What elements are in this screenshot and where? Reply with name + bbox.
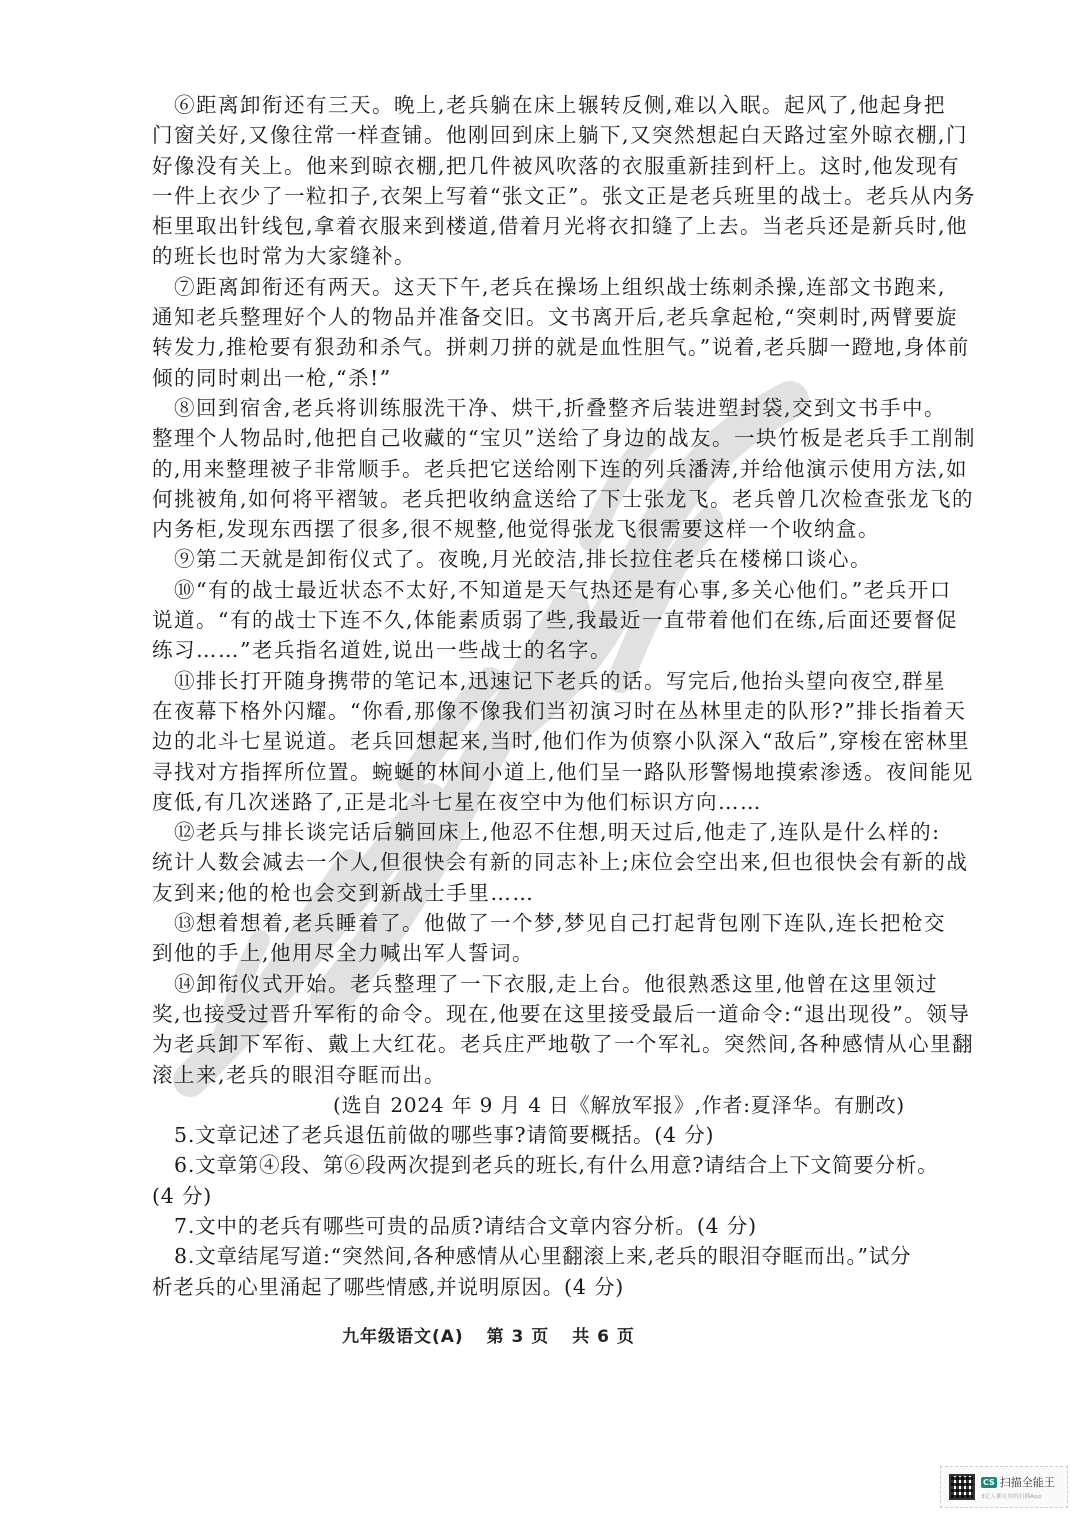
text-line: 柜里取出针线包,拿着衣服来到楼道,借着月光将衣扣缝了上去。当老兵还是新兵时,他: [152, 211, 909, 241]
paragraph-7: ⑦距离卸衔还有两天。这天下午,老兵在操场上组织战士练刺杀操,连部文书跑来, 通知…: [174, 272, 909, 393]
article-body: ⑥距离卸衔还有三天。晚上,老兵躺在床上辗转反侧,难以入眠。起风了,他起身把 门窗…: [174, 90, 909, 1302]
text-line: 一件上衣少了一粒扣子,衣架上写着“张文正”。张文正是老兵班里的战士。老兵从内务: [152, 181, 909, 211]
text-line: 友到来;他的枪也会交到新战士手里……: [152, 878, 909, 908]
question-line: (4 分): [152, 1181, 909, 1211]
text-line: 何挑被角,如何将平褶皱。老兵把收纳盒送给了下士张龙飞。老兵曾几次检查张龙飞的: [152, 484, 909, 514]
paragraph-8: ⑧回到宿舍,老兵将训练服洗干净、烘干,折叠整齐后装进塑封袋,交到文书手中。 整理…: [174, 393, 909, 544]
text-line: 倾的同时刺出一枪,“杀!”: [152, 363, 909, 393]
footer-total-pages: 共 6 页: [572, 1327, 635, 1347]
qr-code-icon: [949, 1474, 975, 1500]
text-line: 寻找对方指挥所位置。蜿蜒的林间小道上,他们呈一路队形警惕地摸索渗透。夜间能见: [152, 757, 909, 787]
question-8: 8.文章结尾写道:“突然间,各种感情从心里翻滚上来,老兵的眼泪夺眶而出。”试分 …: [174, 1241, 909, 1302]
text-line: 统计人数会减去一个人,但很快会有新的同志补上;床位会空出来,但也很快会有新的战: [152, 847, 909, 877]
text-line: 说道。“有的战士下连不久,体能素质弱了些,我最近一直带着他们在练,后面还要督促: [152, 605, 909, 635]
text-line: 在夜幕下格外闪耀。“你看,那像不像我们当初演习时在丛林里走的队形?”排长指着天: [152, 696, 909, 726]
question-line: 5.文章记述了老兵退伍前做的哪些事?请简要概括。(4 分): [174, 1120, 909, 1150]
text-line: ⑫老兵与排长谈完话后躺回床上,他忍不住想,明天过后,他走了,连队是什么样的:: [174, 817, 909, 847]
camscanner-badge: CS 扫描全能王 3亿人都在用的扫描App: [940, 1466, 1068, 1508]
paragraph-13: ⑬想着想着,老兵睡着了。他做了一个梦,梦见自己打起背包刚下连队,连长把枪交 到他…: [174, 908, 909, 969]
paragraph-9: ⑨第二天就是卸衔仪式了。夜晚,月光皎洁,排长拉住老兵在楼梯口谈心。: [174, 544, 909, 574]
question-line: 6.文章第④段、第⑥段两次提到老兵的班长,有什么用意?请结合上下文简要分析。: [174, 1150, 909, 1180]
text-line: 转发力,推枪要有狠劲和杀气。拼刺刀拼的就是血性胆气。”说着,老兵脚一蹬地,身体前: [152, 332, 909, 362]
text-line: 的,用来整理被子非常顺手。老兵把它送给刚下连的列兵潘涛,并给他演示使用方法,如: [152, 454, 909, 484]
camscanner-tagline: 3亿人都在用的扫描App: [981, 1492, 1055, 1500]
paragraph-14: ⑭卸衔仪式开始。老兵整理了一下衣服,走上台。他很熟悉这里,他曾在这里领过 奖,也…: [174, 969, 909, 1090]
exam-page: ⑥距离卸衔还有三天。晚上,老兵躺在床上辗转反侧,难以入眠。起风了,他起身把 门窗…: [0, 0, 1080, 1528]
text-line: ⑬想着想着,老兵睡着了。他做了一个梦,梦见自己打起背包刚下连队,连长把枪交: [174, 908, 909, 938]
text-line: 度低,有几次迷路了,正是北斗七星在夜空中为他们标识方向……: [152, 787, 909, 817]
camscanner-app-name: 扫描全能王: [1000, 1474, 1055, 1490]
text-line: ⑥距离卸衔还有三天。晚上,老兵躺在床上辗转反侧,难以入眠。起风了,他起身把: [174, 90, 909, 120]
text-line: 滚上来,老兵的眼泪夺眶而出。: [152, 1060, 909, 1090]
question-line: 析老兵的心里涌起了哪些情感,并说明原因。(4 分): [152, 1272, 909, 1302]
text-line: 的班长也时常为大家缝补。: [152, 241, 909, 271]
text-line: 整理个人物品时,他把自己收藏的“宝贝”送给了身边的战友。一块竹板是老兵手工削制: [152, 423, 909, 453]
camscanner-logo-icon: CS: [981, 1477, 997, 1488]
text-line: ⑪排长打开随身携带的笔记本,迅速记下老兵的话。写完后,他抬头望向夜空,群星: [174, 666, 909, 696]
question-6: 6.文章第④段、第⑥段两次提到老兵的班长,有什么用意?请结合上下文简要分析。 (…: [174, 1150, 909, 1211]
text-line: ⑧回到宿舍,老兵将训练服洗干净、烘干,折叠整齐后装进塑封袋,交到文书手中。: [174, 393, 909, 423]
text-line: 到他的手上,他用尽全力喊出军人誓词。: [152, 938, 909, 968]
page-footer: 九年级语文(A) 第 3 页 共 6 页: [342, 1322, 651, 1347]
text-line: 奖,也接受过晋升军衔的命令。现在,他要在这里接受最后一道命令:“退出现役”。领导: [152, 999, 909, 1029]
question-line: 7.文中的老兵有哪些可贵的品质?请结合文章内容分析。(4 分): [174, 1211, 909, 1241]
text-line: ⑦距离卸衔还有两天。这天下午,老兵在操场上组织战士练刺杀操,连部文书跑来,: [174, 272, 909, 302]
questions-section: 5.文章记述了老兵退伍前做的哪些事?请简要概括。(4 分) 6.文章第④段、第⑥…: [174, 1120, 909, 1302]
paragraph-10: ⑩“有的战士最近状态不太好,不知道是天气热还是有心事,多关心他们。”老兵开口 说…: [174, 575, 909, 666]
text-line: 好像没有关上。他来到晾衣棚,把几件被风吹落的衣服重新挂到杆上。这时,他发现有: [152, 151, 909, 181]
camscanner-branding: CS 扫描全能王 3亿人都在用的扫描App: [981, 1474, 1055, 1500]
question-7: 7.文中的老兵有哪些可贵的品质?请结合文章内容分析。(4 分): [174, 1211, 909, 1241]
question-5: 5.文章记述了老兵退伍前做的哪些事?请简要概括。(4 分): [174, 1120, 909, 1150]
footer-page-number: 第 3 页: [487, 1327, 550, 1347]
text-line: ⑭卸衔仪式开始。老兵整理了一下衣服,走上台。他很熟悉这里,他曾在这里领过: [174, 969, 909, 999]
text-line: 内务柜,发现东西摆了很多,很不规整,他觉得张龙飞很需要这样一个收纳盒。: [152, 514, 909, 544]
article-source-citation: (选自 2024 年 9 月 4 日《解放军报》,作者:夏泽华。有删改): [174, 1090, 905, 1120]
text-line: 练习……”老兵指名道姓,说出一些战士的名字。: [152, 635, 909, 665]
text-line: 为老兵卸下军衔、戴上大红花。老兵庄严地敬了一个军礼。突然间,各种感情从心里翻: [152, 1029, 909, 1059]
text-line: 边的北斗七星说道。老兵回想起来,当时,他们作为侦察小队深入“敌后”,穿梭在密林里: [152, 726, 909, 756]
question-line: 8.文章结尾写道:“突然间,各种感情从心里翻滚上来,老兵的眼泪夺眶而出。”试分: [174, 1241, 909, 1271]
text-line: ⑨第二天就是卸衔仪式了。夜晚,月光皎洁,排长拉住老兵在楼梯口谈心。: [174, 544, 909, 574]
camscanner-title-row: CS 扫描全能王: [981, 1474, 1055, 1490]
paragraph-11: ⑪排长打开随身携带的笔记本,迅速记下老兵的话。写完后,他抬头望向夜空,群星 在夜…: [174, 666, 909, 817]
text-line: ⑩“有的战士最近状态不太好,不知道是天气热还是有心事,多关心他们。”老兵开口: [174, 575, 909, 605]
text-line: 通知老兵整理好个人的物品并准备交旧。文书离开后,老兵拿起枪,“突刺时,两臂要旋: [152, 302, 909, 332]
paragraph-12: ⑫老兵与排长谈完话后躺回床上,他忍不住想,明天过后,他走了,连队是什么样的: 统…: [174, 817, 909, 908]
text-line: 门窗关好,又像往常一样查铺。他刚回到床上躺下,又突然想起白天路过室外晾衣棚,门: [152, 120, 909, 150]
paragraph-6: ⑥距离卸衔还有三天。晚上,老兵躺在床上辗转反侧,难以入眠。起风了,他起身把 门窗…: [174, 90, 909, 272]
footer-subject: 九年级语文(A): [342, 1327, 464, 1347]
